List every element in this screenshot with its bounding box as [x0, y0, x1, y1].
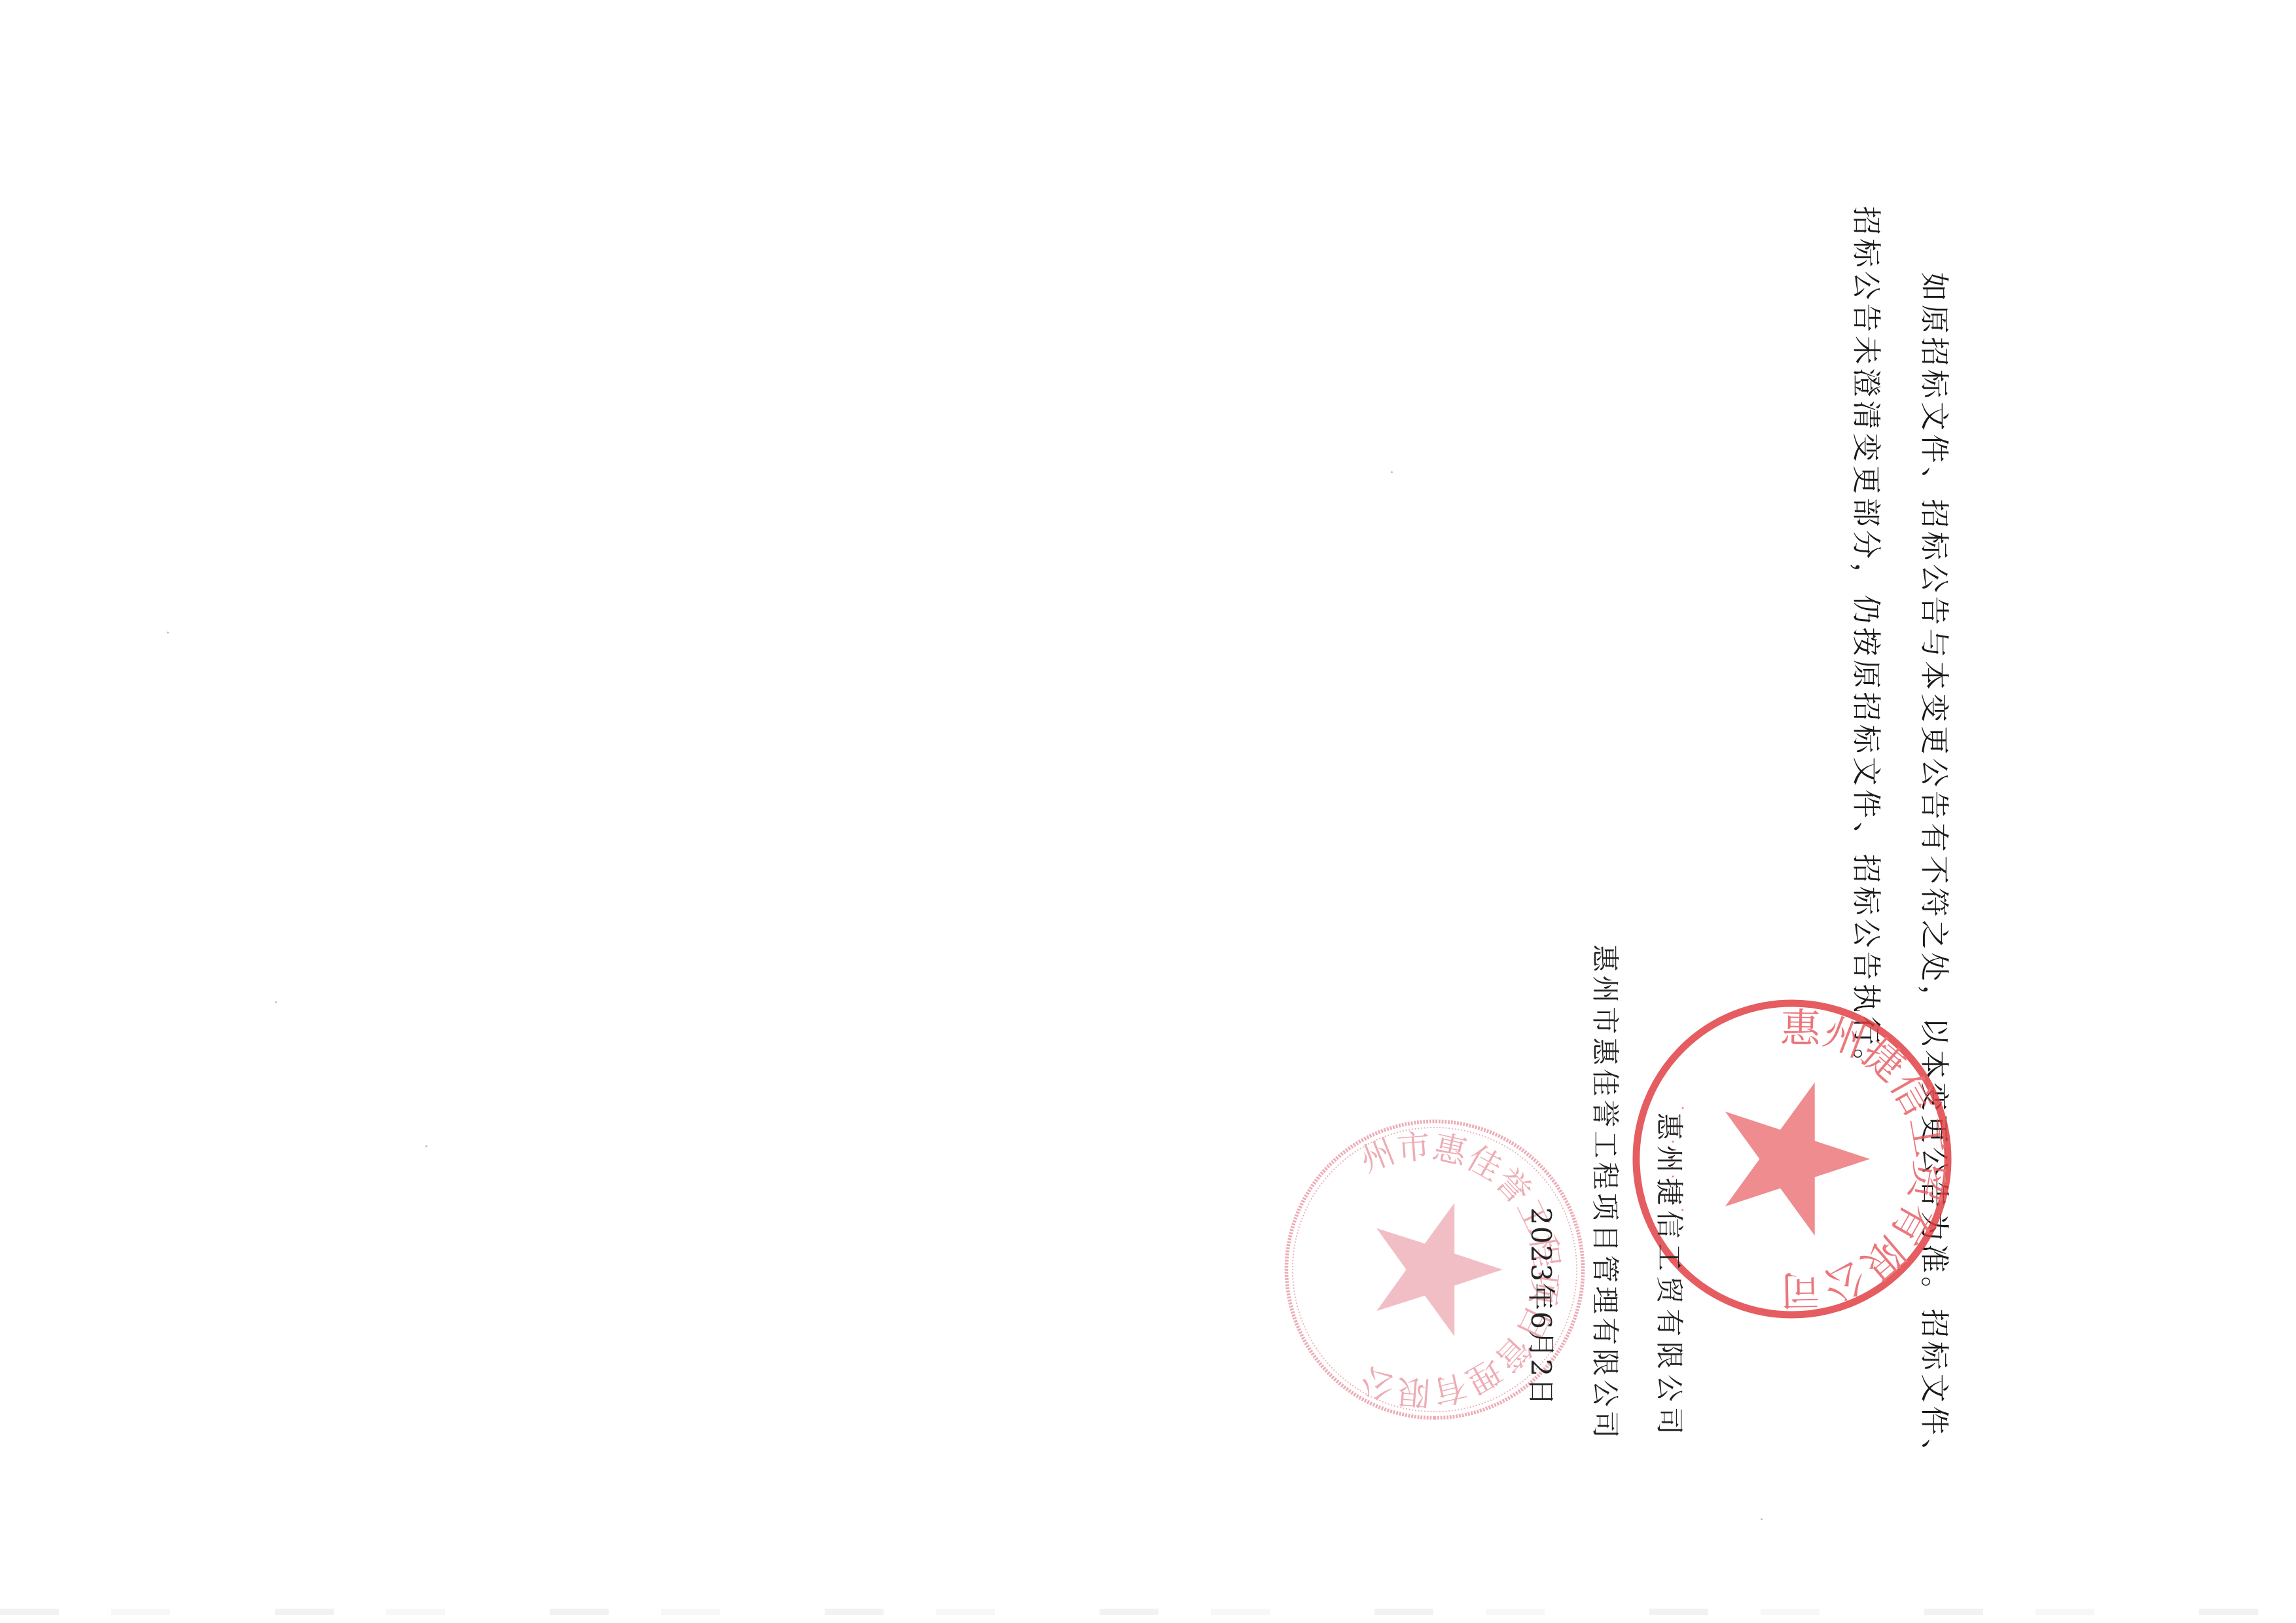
seal-huijiayu-arc-text: 惠州市惠佳誉工程项目管理有限公司 [1355, 1099, 1619, 1412]
star-icon [1725, 1082, 1870, 1236]
scanned-page: 如原招标文件、招标公告与本变更公告有不符之处，以本变更公告为准。招标文件、 招标… [0, 0, 2296, 1623]
scan-speck [1391, 471, 1393, 473]
signature-company-jiexin: 惠州捷信工贸有限公司 [1649, 1113, 1689, 1440]
signature-date: 2023年6月2日 [1521, 1207, 1560, 1406]
body-text-line-1: 如原招标文件、招标公告与本变更公告有不符之处，以本变更公告为准。招标文件、 [1914, 272, 1953, 1471]
body-text-line-2: 招标公告未澄清变更部分，仍按原招标文件、招标公告执行。 [1846, 206, 1885, 1081]
scan-speck [167, 632, 169, 633]
star-icon [1376, 1203, 1503, 1336]
document-body: 如原招标文件、招标公告与本变更公告有不符之处，以本变更公告为准。招标文件、 招标… [0, 0, 2296, 1623]
scan-speck [1761, 1518, 1763, 1520]
scan-edge-artifact [0, 1609, 2296, 1615]
signature-company-huijiayu: 惠州市惠佳誉工程项目管理有限公司 [1585, 944, 1624, 1442]
scan-speck [275, 1001, 277, 1003]
scan-speck [425, 1145, 427, 1147]
